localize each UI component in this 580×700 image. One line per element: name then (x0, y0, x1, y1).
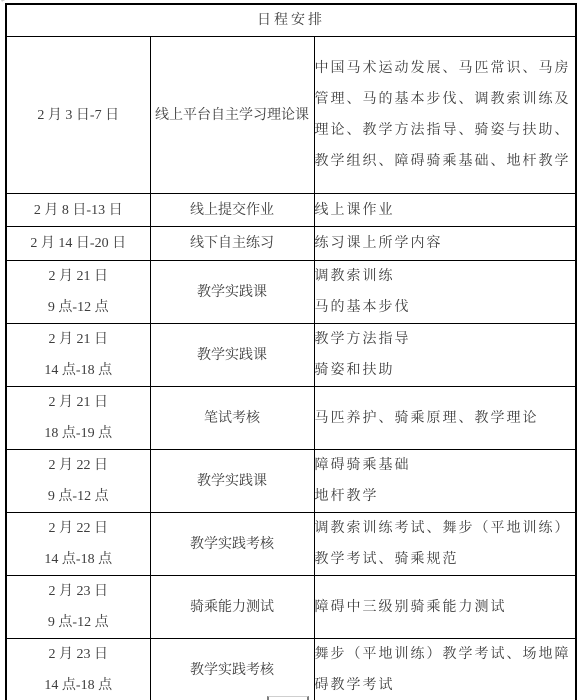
content-line: 教学考试、骑乘规范 (315, 544, 576, 575)
content-cell: 中国马术运动发展、马匹常识、马房管理、马的基本步伐、调教索训练及理论、教学方法指… (314, 37, 576, 194)
schedule-row: 2 月 8 日-13 日 线上提交作业 线上课作业 (6, 194, 576, 227)
cropped-element-artifact (267, 696, 309, 700)
date-text: 2 月 21 日 (7, 324, 150, 355)
content-line: 马的基本步伐 (315, 292, 576, 323)
content-line: 教学方法指导 (315, 324, 576, 355)
activity-cell: 骑乘能力测试 (150, 576, 314, 639)
content-cell: 线上课作业 (314, 194, 576, 227)
date-text: 2 月 8 日-13 日 (7, 195, 150, 226)
content-cell: 障碍中三级别骑乘能力测试 (314, 576, 576, 639)
time-text: 9 点-12 点 (7, 481, 150, 512)
date-cell: 2 月 22 日 14 点-18 点 (6, 513, 150, 576)
content-cell: 舞步（平地训练）教学考试、场地障碍教学考试 (314, 639, 576, 700)
date-cell: 2 月 14 日-20 日 (6, 227, 150, 261)
table-header-row: 日程安排 (6, 4, 576, 37)
content-line: 骑姿和扶助 (315, 355, 576, 386)
activity-cell: 教学实践考核 (150, 639, 314, 700)
date-text: 2 月 22 日 (7, 513, 150, 544)
schedule-row: 2 月 22 日 14 点-18 点 教学实践考核 调教索训练考试、舞步（平地训… (6, 513, 576, 576)
content-cell: 障碍骑乘基础 地杆教学 (314, 450, 576, 513)
content-cell: 调教索训练考试、舞步（平地训练） 教学考试、骑乘规范 (314, 513, 576, 576)
activity-cell: 线下自主练习 (150, 227, 314, 261)
activity-cell: 线上平台自主学习理论课 (150, 37, 314, 194)
schedule-row: 2 月 21 日 9 点-12 点 教学实践课 调教索训练 马的基本步伐 (6, 261, 576, 324)
schedule-row: 2 月 14 日-20 日 线下自主练习 练习课上所学内容 (6, 227, 576, 261)
date-cell: 2 月 21 日 14 点-18 点 (6, 324, 150, 387)
time-text: 18 点-19 点 (7, 418, 150, 449)
date-cell: 2 月 21 日 9 点-12 点 (6, 261, 150, 324)
schedule-row: 2 月 22 日 9 点-12 点 教学实践课 障碍骑乘基础 地杆教学 (6, 450, 576, 513)
activity-cell: 教学实践课 (150, 261, 314, 324)
content-line: 调教索训练考试、舞步（平地训练） (315, 513, 576, 544)
date-text: 2 月 21 日 (7, 261, 150, 292)
date-cell: 2 月 3 日-7 日 (6, 37, 150, 194)
date-text: 2 月 23 日 (7, 639, 150, 670)
date-cell: 2 月 23 日 14 点-18 点 (6, 639, 150, 700)
schedule-table: 日程安排 2 月 3 日-7 日 线上平台自主学习理论课 中国马术运动发展、马匹… (5, 3, 577, 700)
date-text: 2 月 21 日 (7, 387, 150, 418)
table-title: 日程安排 (6, 4, 576, 37)
date-text: 2 月 14 日-20 日 (7, 228, 150, 259)
content-cell: 练习课上所学内容 (314, 227, 576, 261)
date-text: 2 月 23 日 (7, 576, 150, 607)
date-text: 2 月 3 日-7 日 (7, 100, 150, 131)
schedule-row: 2 月 23 日 9 点-12 点 骑乘能力测试 障碍中三级别骑乘能力测试 (6, 576, 576, 639)
date-cell: 2 月 21 日 18 点-19 点 (6, 387, 150, 450)
schedule-row: 2 月 21 日 14 点-18 点 教学实践课 教学方法指导 骑姿和扶助 (6, 324, 576, 387)
content-cell: 马匹养护、骑乘原理、教学理论 (314, 387, 576, 450)
content-line: 地杆教学 (315, 481, 576, 512)
date-text: 2 月 22 日 (7, 450, 150, 481)
time-text: 14 点-18 点 (7, 355, 150, 386)
activity-cell: 笔试考核 (150, 387, 314, 450)
date-cell: 2 月 23 日 9 点-12 点 (6, 576, 150, 639)
schedule-row: 2 月 21 日 18 点-19 点 笔试考核 马匹养护、骑乘原理、教学理论 (6, 387, 576, 450)
content-line: 调教索训练 (315, 261, 576, 292)
schedule-row: 2 月 3 日-7 日 线上平台自主学习理论课 中国马术运动发展、马匹常识、马房… (6, 37, 576, 194)
time-text: 9 点-12 点 (7, 292, 150, 323)
activity-cell: 教学实践课 (150, 324, 314, 387)
activity-cell: 教学实践课 (150, 450, 314, 513)
content-cell: 教学方法指导 骑姿和扶助 (314, 324, 576, 387)
activity-cell: 教学实践考核 (150, 513, 314, 576)
time-text: 14 点-18 点 (7, 544, 150, 575)
corner-artifact (1, 0, 10, 2)
time-text: 14 点-18 点 (7, 670, 150, 700)
date-cell: 2 月 22 日 9 点-12 点 (6, 450, 150, 513)
date-cell: 2 月 8 日-13 日 (6, 194, 150, 227)
document-page: 日程安排 2 月 3 日-7 日 线上平台自主学习理论课 中国马术运动发展、马匹… (0, 0, 580, 700)
content-line: 障碍骑乘基础 (315, 450, 576, 481)
content-cell: 调教索训练 马的基本步伐 (314, 261, 576, 324)
time-text: 9 点-12 点 (7, 607, 150, 638)
schedule-row: 2 月 23 日 14 点-18 点 教学实践考核 舞步（平地训练）教学考试、场… (6, 639, 576, 700)
activity-cell: 线上提交作业 (150, 194, 314, 227)
